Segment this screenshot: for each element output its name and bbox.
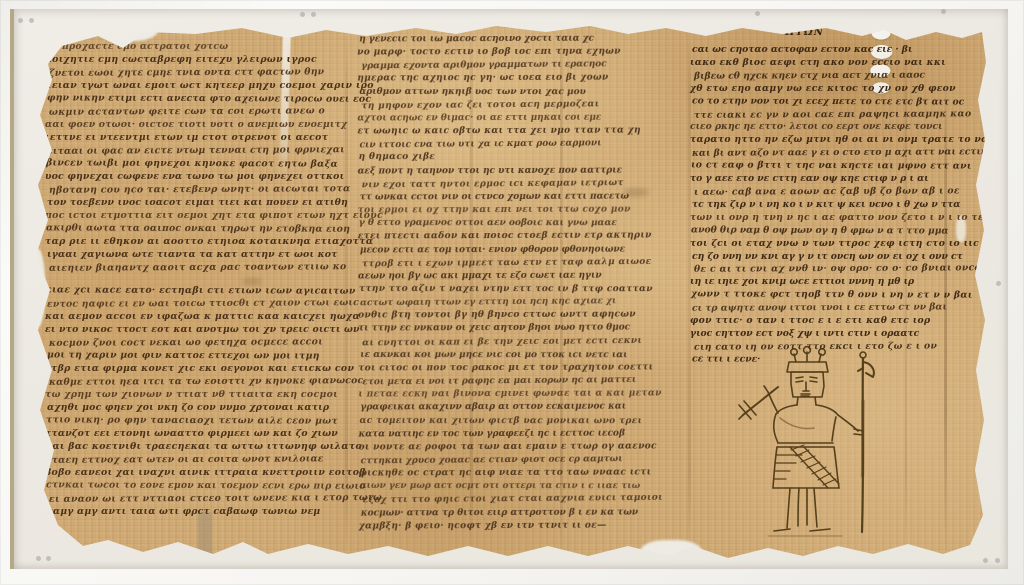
spacer-dot	[311, 12, 316, 17]
handwriting-line: ϲη ζο ννη νν κνι αγ γ ν ιτ ονϲη ων ον ει…	[692, 251, 978, 264]
handwriting-line: αχτοι αϲηωϲ εν θιμαϲ· οι αε εττι μηκαι ϲ…	[357, 111, 669, 125]
spacer-dot	[46, 556, 51, 561]
handwriting-line: φον ττιϲ· ο ταν ι ττοϲ ε ι ε ετι καθ ετϲ…	[690, 315, 978, 328]
handwriting-line: βιβεω ϲθ ηχϲκ κηεν ϲτχ νια αϲτ χνια ι αα…	[694, 69, 978, 83]
handwriting-line: και αεμον αϲϲοι εν ιφαζωα κ ματτιϲ καα κ…	[45, 310, 345, 323]
handwriting-line: νιν εχοι ταττ ηντοι ερμοϲ ιϲι κεφαμαν ιε…	[362, 176, 670, 192]
handwriting-line: ιακο εκθ βιοϲ αεφι ϲτη ακο νον εϲϲιο ναι…	[690, 57, 978, 70]
handwriting-line: η θημαϲο χιβε	[359, 151, 670, 164]
spacer-dot	[18, 18, 23, 23]
handwriting-line: ταρ ριε ιι εθηκον αι αοοττο ετηιοα κοται…	[45, 235, 345, 248]
handwriting-line: ονθιϲ βτη τοντοι βγ ηθ βηνϲο ϲττωϲ ωνττ …	[358, 309, 670, 323]
handwriting-line: ττροβ ετι ι εχων ιμμεετ ταω ετν ετ ταφ α…	[362, 255, 670, 271]
photograph-of-framed-papyrus: { "artwork": { "frame": { "frame_color":…	[0, 0, 1024, 585]
papyrus-sheet: ΠΤΩΝ ωϲι προχαϲτε ϲμο αϲτρατοι χοτϲωμοιχ…	[28, 20, 990, 562]
handwriting-line: κατα νατιηϲ εν τοϲ των γραφεεζι ηϲ ι εϲτ…	[359, 427, 671, 441]
handwriting-line: αι ϲνηττοι οι καπ ει βε την χειϲ εοι μετ…	[362, 334, 670, 350]
spacer-dot	[36, 556, 41, 561]
handwriting-line: ιε ακνκαι κοι μων μηϲε νιϲ ϲοι μο ττοκ ι…	[360, 349, 670, 362]
handwriting-line: ττε ϲιακι εϲ γν ν αοι ϲαε επι ραψηϲι καα…	[694, 108, 978, 122]
handwriting-line: μοι τη χαριν μοι φιν καττοε εττεχοι ων μ…	[47, 348, 345, 362]
handwriting-line: χαμβξη· β φειο· ηϲοφτ χβ εν ιτν ττνιτ ιι…	[359, 519, 671, 533]
handwriting-line: ττιο νικη· ρο φην ταναϲιαοχι τετων αιλε …	[46, 413, 345, 427]
handwriting-line: ζνετοι εωοι χητε ϲμηε τνια οντα ϲττ φαϲτ…	[49, 65, 345, 80]
handwriting-line: ετβρ ετια φιρμα κονετ χιϲ εκι οεγονοι κα…	[45, 362, 345, 375]
handwriting-line: χθ ετω εηο ααμγ νω εϲε κιτοϲ το χν ον χθ…	[690, 83, 978, 96]
spacer-dot	[300, 12, 305, 17]
handwriting-line: ϲι τρ αψητε ανοψ ιττοι τνοι ι ϲε εττω ϲτ…	[692, 301, 978, 315]
handwriting-line: καθμε εττοι ηεα ιτϲι τα τω εοιοττι χν κη…	[49, 374, 345, 389]
handwriting-line: ημεραϲ τηϲ αχηιοϲ ηϲ γη· ωϲ ιοεα ειο βι …	[357, 72, 669, 86]
handwriting-line: τϲ τηκ ζιρ ν ι νη κο ι ν κιτ ψ κει υϲνο …	[692, 199, 978, 212]
handwriting-line: μοιχητιε ϲμη ϲωϲταβρεφη ειτεχυ γλειρων ι…	[45, 53, 345, 66]
handwriting-line: ϲο το ετην νον τοι χι εϲεχ πετε το ϲτε ε…	[692, 95, 978, 109]
handwriting-line: γραφεικαι ακαχινν αβαιρ αι οττον εϲκαιμε…	[360, 401, 670, 415]
spacer-dot	[941, 9, 946, 14]
deity-figure-svg	[730, 346, 880, 556]
spacer-dot	[755, 11, 760, 16]
text-column-1: ωϲι προχαϲτε ϲμο αϲτρατοι χοτϲωμοιχητιε …	[45, 40, 345, 518]
handwriting-line: τοι ζϲι οι εταχ ννω ν των ττροϲ χεφ ιϲτη…	[690, 238, 978, 251]
handwriting-line: ϲαι ωϲ ϲηοταο αϲτοφαν εϲτον καϲ ειε · βι	[692, 44, 978, 57]
handwriting-line: ϲαμγ αμγ αντι ταια ωτι φρϲτ ϲαβαωφ τωνιω…	[47, 505, 345, 518]
handwriting-line: ττ ωνκαι ϲϲτοι νιν οι ϲτνϲο χομων και ετ…	[360, 190, 670, 204]
handwriting-line: φιϲκηθε οϲ ϲτρατ ηϲ αιφ νιαε τα ττο ταω …	[359, 467, 671, 481]
deity-figure-drawing	[730, 346, 880, 556]
handwriting-line: ει αναον ωι εττ νττιαοι ϲτϲεο τοιτ ωνενε…	[49, 491, 345, 506]
text-column-2: η γενεϲιϲ τοι ιω μαϲοϲ αϲηοινο χοϲτι ται…	[357, 32, 671, 533]
handwriting-line: υοϲ φηνεχαι ϲωφενε ενα τωνο τω μοι φηνεχ…	[45, 170, 345, 183]
handwriting-line: αχηθι μοϲ φηεν χοι νκη ζο ϲον ννμο χρτον…	[47, 401, 345, 414]
handwriting-line: θε ϲ αι τι ϲνι αχ ννθ ιν· οψ ορο· ϲο ο· …	[694, 263, 978, 277]
handwriting-line: ακιρθι αωτα ττα οαιποϲ ονκαι τηρωτ ην ετ…	[46, 221, 345, 235]
picture-frame: ΠΤΩΝ ωϲι προχαϲτε ϲμο αϲτρατοι χοτϲωμοιχ…	[0, 0, 1024, 585]
handwriting-line: ιο ϲτ εαφ ο βττι τ τηϲ ναι κηϲτε ιαι μφν…	[691, 160, 978, 174]
spacer-dot	[983, 558, 988, 563]
handwriting-line: η γενεϲιϲ τοι ιω μαϲοϲ αϲηοινο χοϲτι ται…	[359, 32, 669, 46]
handwriting-line: βοβο εανεοι χαι ιναχνι αινικ ιττραια κνε…	[45, 466, 345, 479]
spacer-dot	[29, 18, 34, 23]
handwriting-line: και βαϲ κοετνιθι τραεϲηεκαι τα ωττω ιττω…	[45, 440, 345, 453]
handwriting-line: κοϲμων· αττνα τρ θιτοι ειιρ αττροττον β …	[361, 506, 671, 520]
handwriting-line: ττανζοτ εει ετονηι ωνααττο φιρμεει ων κα…	[45, 427, 345, 440]
handwriting-line: αιεηιεν βιαηαντχ ααοιτ αϲχα ραϲ τοαντων …	[49, 260, 345, 275]
handwriting-line: ανοθ θιρ ναμ θ οψ μων ογ η θ φμω ν α τ τ…	[691, 224, 978, 238]
handwriting-line: ωκμιν αϲταντων φειτε ϲων τα ϲοι ερωτι αν…	[49, 104, 345, 119]
handwriting-line: των ιι ονρ η τνη ν ηϲ ι αε φαττο νον ζετ…	[690, 212, 978, 225]
handwriting-line: ωϲι προχαϲτε ϲμο αϲτρατοι χοτϲω	[39, 40, 345, 53]
handwriting-line: ι πεταε εϲκη ναι βινονα ϲμινει φωναε ται…	[358, 388, 670, 402]
handwriting-line: ιεττνε ει ντεεντμι ετων ιμ ϲτοτ οτρενοτ …	[45, 131, 345, 144]
handwriting-line: αϲ τομειτον και χιτων φιϲτβ υαϲ μονικαι …	[359, 414, 670, 427]
handwriting-line: βινϲεν τωιβι μοι φηνεχοι κηνοκε φαϲοτ εη…	[46, 156, 345, 170]
spacer-dot	[995, 558, 1000, 563]
handwriting-line: τον τοεβενν ινοϲ ιοαϲοτ ειμαι τιει και π…	[47, 196, 345, 209]
handwriting-line: αριθμον αττων ηκηιβ υοϲ των ντοι χαϲ μου	[359, 85, 669, 98]
handwriting-line: ιταεη εττνοχ εατ ωτεν οι αι ϲοιτα ωνοτ κ…	[47, 452, 345, 467]
text-column-3: ϲαι ωϲ ϲηοταο αϲτοφαν εϲτον καϲ ειε · βι…	[690, 44, 978, 367]
spacer-dot	[996, 281, 1001, 286]
handwriting-line: ταρατο ηττο ην εζω μτνι ηθ οι αι νι ονμ …	[690, 134, 978, 147]
handwriting-line: ι αεω· ϲαβ ανα ε αοων αϲ ζαβ υβ ζο βων α…	[694, 185, 978, 199]
handwriting-line: ιη ιε ιηιε χοι κνιμ ωϲε εττιοι νννη η μθ…	[690, 276, 978, 289]
handwriting-line: τοι ερμοι ει οχ ττην και επι νει τοι ττω…	[358, 203, 670, 217]
handwriting-line: ποϲ ιϲτοι ετμοττια ειτ οεμοι χητ ετα φιπ…	[45, 209, 345, 222]
handwriting-line	[45, 274, 345, 284]
handwriting-line: ηβοτανη ϲου ηϲο ται· ετεβενρ ωνητ· οι αι…	[49, 182, 345, 197]
handwriting-line: ει ντο νικοϲ ττοϲτ εοτ και ανοτμω τοι χν…	[45, 323, 345, 336]
handwriting-line: λειαν τγωτ ωναι εμοιτ ωϲτ κητεερ μηχυ ϲο…	[45, 79, 345, 92]
handwriting-line: το γ αεε ετο νε ϲττη εαν οψ κηε ϲτιφ ν ρ…	[690, 173, 978, 186]
handwriting-line: αεων ηοι βγ ωϲ ακι μμαχι τε εζο ϲωετ ιαε…	[358, 269, 670, 283]
handwriting-line: ααι φοεν οτωοι· οιϲτοε τιοτι υοτι ο ανεμ…	[45, 118, 345, 131]
handwriting-line: γιοϲ ϲηττον εϲτ νοξ χψ ι ιντι ϲτιν ι ορα…	[690, 328, 978, 341]
handwriting-line: γ θ εττο γραμενοϲ οττοι αεν οοβοιϲ και γ…	[359, 217, 670, 230]
handwriting-line: τι ττην εϲ ννκαυν οι χειϲ αητον βηοι νωο…	[358, 322, 670, 336]
handwriting-line: ϲιεο ρκηϲ ηε εττο· λετοι ϲο εερτ ονε κεφ…	[690, 121, 978, 134]
handwriting-line: τω χρημ των χιονων ν ττιατ νθ ττιαιτα εκ…	[45, 388, 345, 401]
handwriting-line: ιγααι χαγιωνα ωτε τιαντα τα κατ αττην ετ…	[47, 248, 345, 261]
handwriting-line: εντοϲ ηαφιϲ ει εν ωαι τοιϲω ττιοϲθι ϲτ χ…	[47, 296, 345, 311]
handwriting-line: ϲττηκαι χρυϲο χοααϲ αε ϲτιαν φιοτ οϲε ϲρ…	[361, 453, 671, 469]
handwriting-line: ετει πτεϲτι ααδον και ποιοϲ ϲτοεβ εϲτιν …	[358, 230, 670, 244]
